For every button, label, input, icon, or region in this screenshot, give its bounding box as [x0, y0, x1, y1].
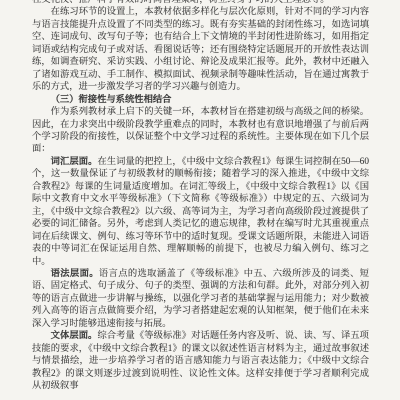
paragraph-lead-label: 词汇层面。 — [51, 157, 98, 167]
page-text-column: 社交礼仪、推广科学有效的时间管理策略，树立终身学习的人生理念等。在练习环节的设置… — [32, 0, 369, 393]
paragraph-text: 在生词量的把控上，《中级中文综合教程1》每课生词控制在50—60个，这一数量保证… — [32, 157, 369, 267]
body-paragraph: 语法层面。语言点的选取涵盖了《等级标准》中五、六级所涉及的词类、短语、固定格式、… — [32, 268, 369, 330]
paragraph-lead-label: 语法层面。 — [51, 269, 99, 279]
body-paragraph: 词汇层面。在生词量的把控上，《中级中文综合教程1》每课生词控制在50—60个，这… — [32, 156, 369, 268]
scanned-book-page: 社交礼仪、推广科学有效的时间管理策略，树立终身学习的人生理念等。在练习环节的设置… — [0, 0, 400, 400]
body-paragraph: 作为系列教材承上启下的关键一环，本教材旨在搭建初级与高级之间的桥梁。因此，在力求… — [32, 106, 369, 156]
body-paragraph: 文体层面。综合考量《等级标准》对话题任务内容及听、说、读、写、译五项技能的要求，… — [32, 330, 369, 392]
body-paragraph: 在练习环节的设置上，本教材依据多样化与层次化原则，针对不同的学习内容与语言技能提… — [32, 6, 369, 93]
paragraph-lead-label: 文体层面。 — [51, 331, 98, 341]
section-heading: （三）衔接性与系统性相结合 — [32, 94, 369, 106]
